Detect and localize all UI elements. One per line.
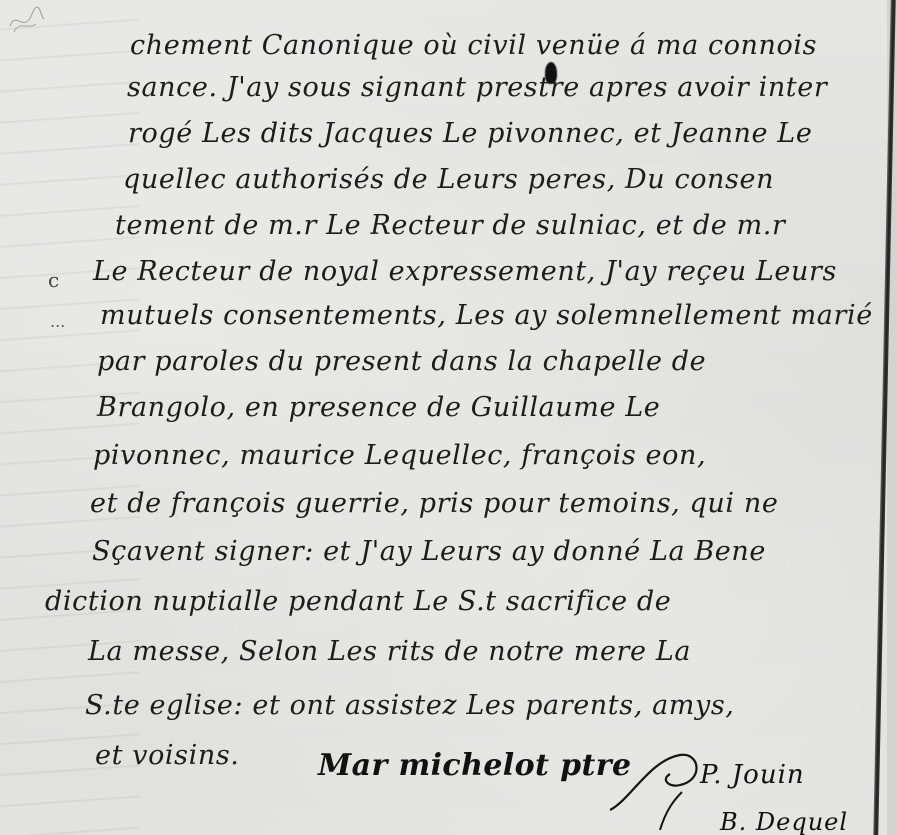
margin-dots-mark: ... [50,312,65,331]
faint-scribble-mark [6,6,46,36]
manuscript-line-13: diction nuptialle pendant Le S.t sacrifi… [45,586,671,617]
signature-third: B. Dequel [720,808,848,835]
manuscript-line-14: La messe, Selon Les rits de notre mere L… [88,636,691,667]
manuscript-line-6: Le Recteur de noyal expressement, J'ay r… [93,256,837,287]
manuscript-line-16: et voisins. [95,740,239,771]
manuscript-line-15: S.te eglise: et ont assistez Les parents… [85,690,734,721]
signature-second: P. Jouin [700,760,805,790]
signature-officiant: Mar michelot ptre [318,748,631,783]
manuscript-line-9: Brangolo, en presence de Guillaume Le [97,392,660,423]
manuscript-line-1: chement Canonique où civil venüe á ma co… [130,30,817,61]
manuscript-line-12: Sçavent signer: et J'ay Leurs ay donné L… [92,536,766,567]
manuscript-line-8: par paroles du present dans la chapelle … [97,346,706,377]
manuscript-line-4: quellec authorisés de Leurs peres, Du co… [123,164,774,195]
manuscript-line-5: tement de m.r Le Recteur de sulniac, et … [115,210,785,241]
manuscript-line-10: pivonnec, maurice Lequellec, françois eo… [93,440,706,471]
margin-curl-mark: c [48,268,59,292]
document-page: c ... chement Canonique où civil venüe á… [0,0,897,835]
manuscript-line-3: rogé Les dits Jacques Le pivonnec, et Je… [128,118,812,149]
manuscript-line-11: et de françois guerrie, pris pour temoin… [90,488,778,519]
manuscript-line-7: mutuels consentements, Les ay solemnelle… [100,300,873,331]
manuscript-line-2: sance. J'ay sous signant prestre apres a… [127,72,827,103]
